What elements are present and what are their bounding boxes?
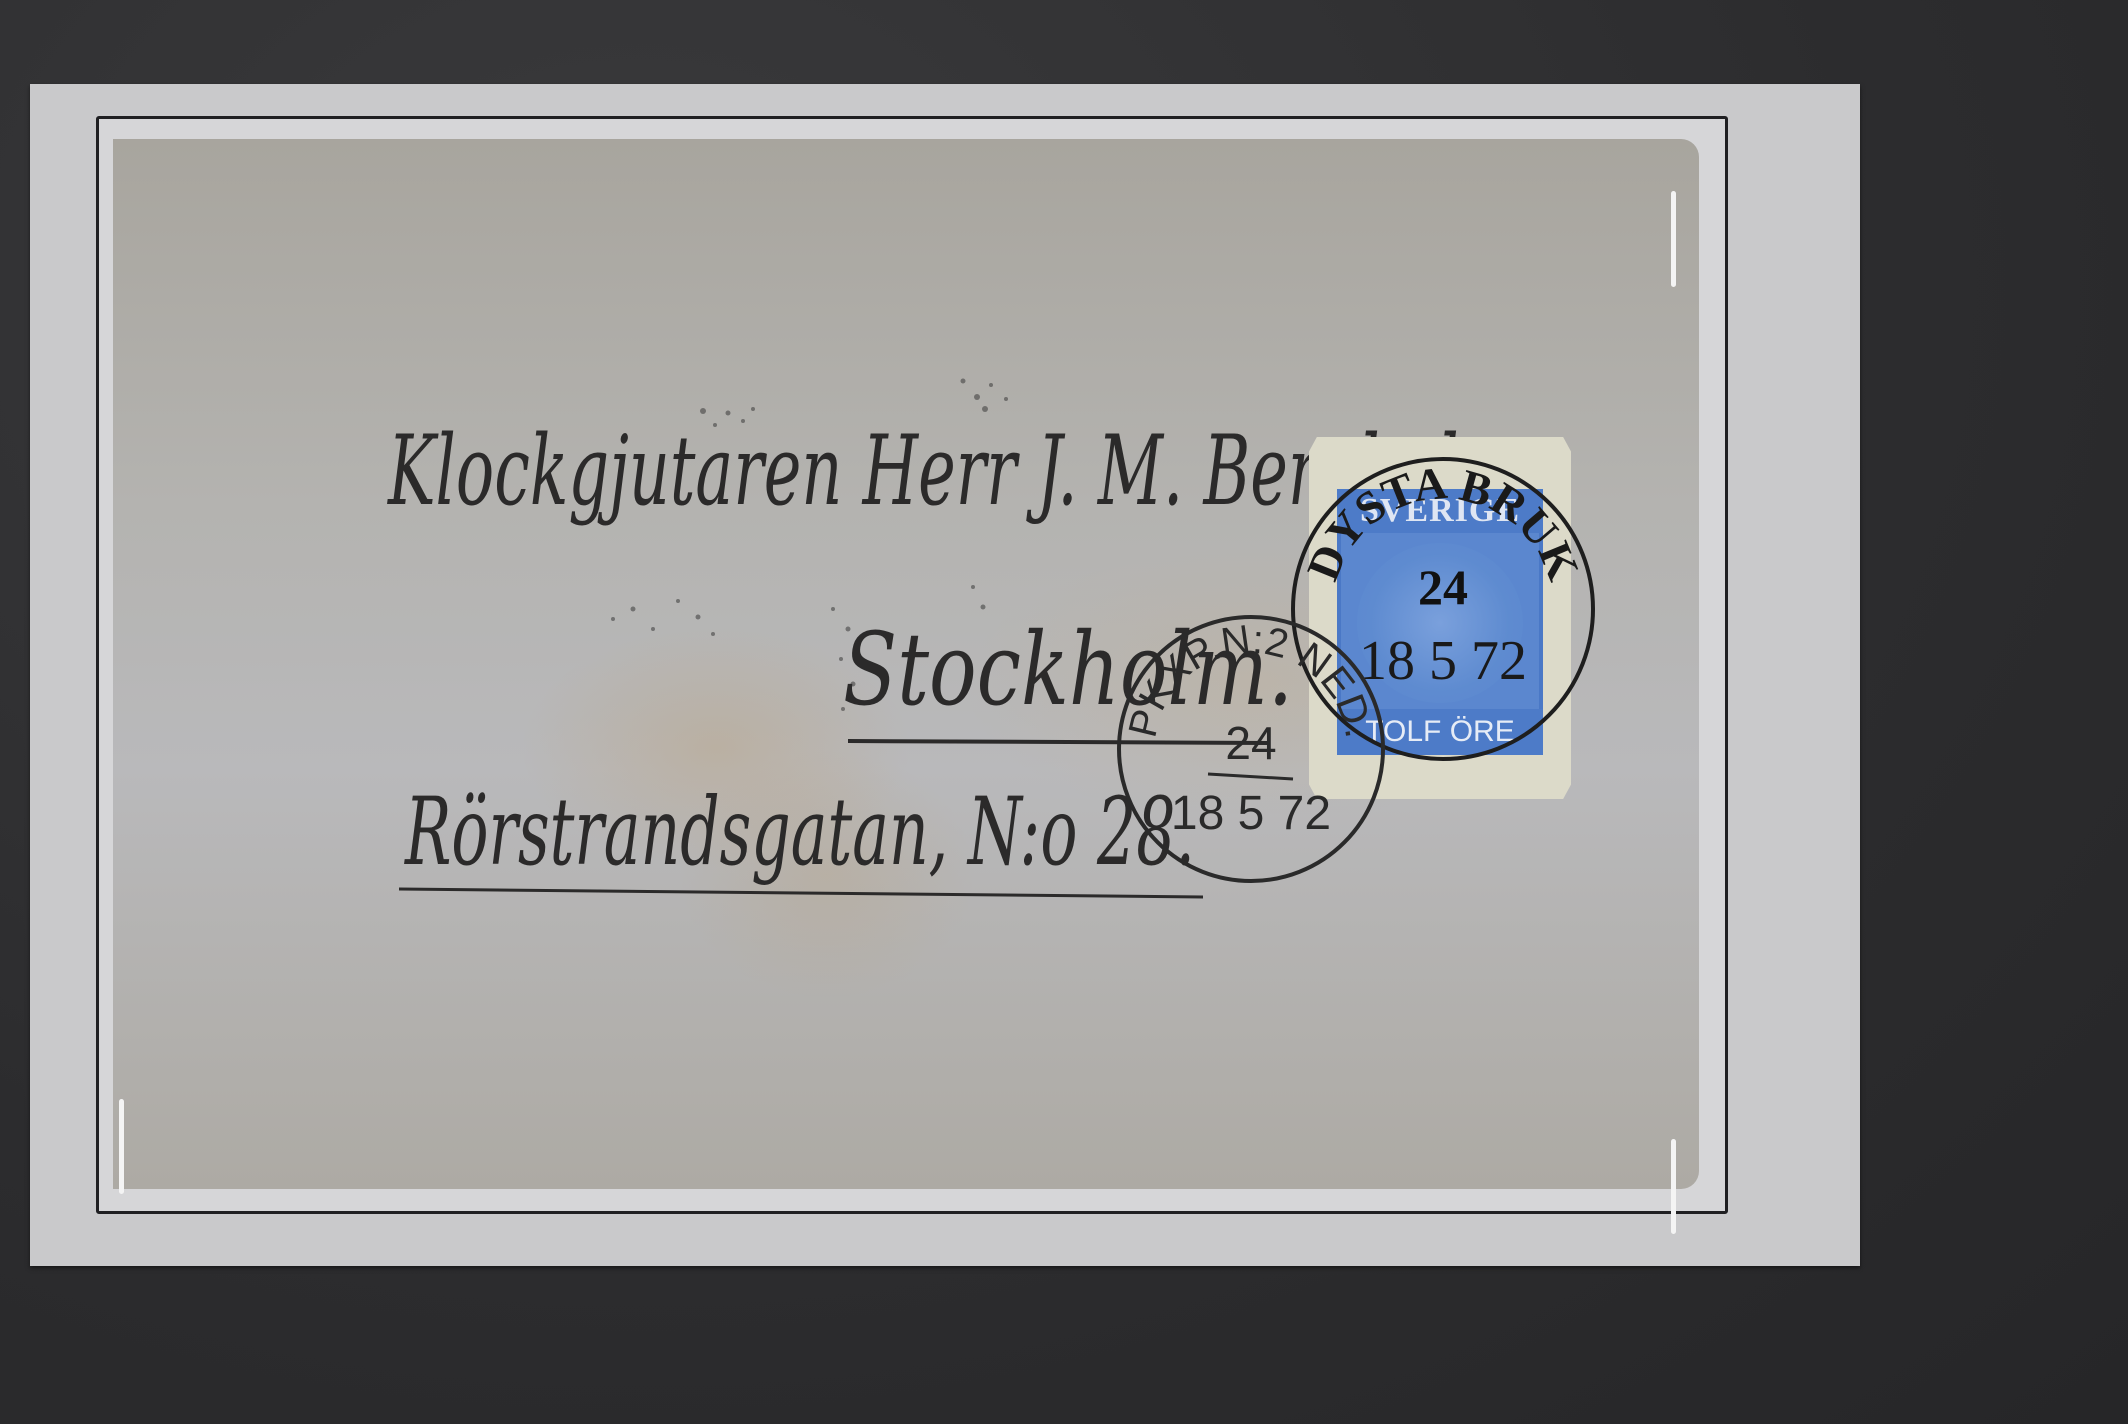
cancel-date: 18 5 72	[1359, 630, 1527, 692]
stamp-mount-frame: Klockgjutaren Herr J. M. Bergholtz. Stoc…	[96, 116, 1728, 1214]
album-page: Klockgjutaren Herr J. M. Bergholtz. Stoc…	[30, 84, 1860, 1266]
cancel-day: 24	[1418, 559, 1468, 615]
railway-postmark: PKXP.N:2 NED. 24 18 5 72	[1119, 617, 1383, 881]
railway-day: 24	[1225, 717, 1276, 769]
railway-date: 18 5 72	[1171, 787, 1331, 840]
postmark-layer: DYSTA BRUK 24 18 5 72 PKXP.N:2 NED. 24 1…	[113, 139, 1699, 1189]
envelope-cover: Klockgjutaren Herr J. M. Bergholtz. Stoc…	[113, 139, 1699, 1189]
